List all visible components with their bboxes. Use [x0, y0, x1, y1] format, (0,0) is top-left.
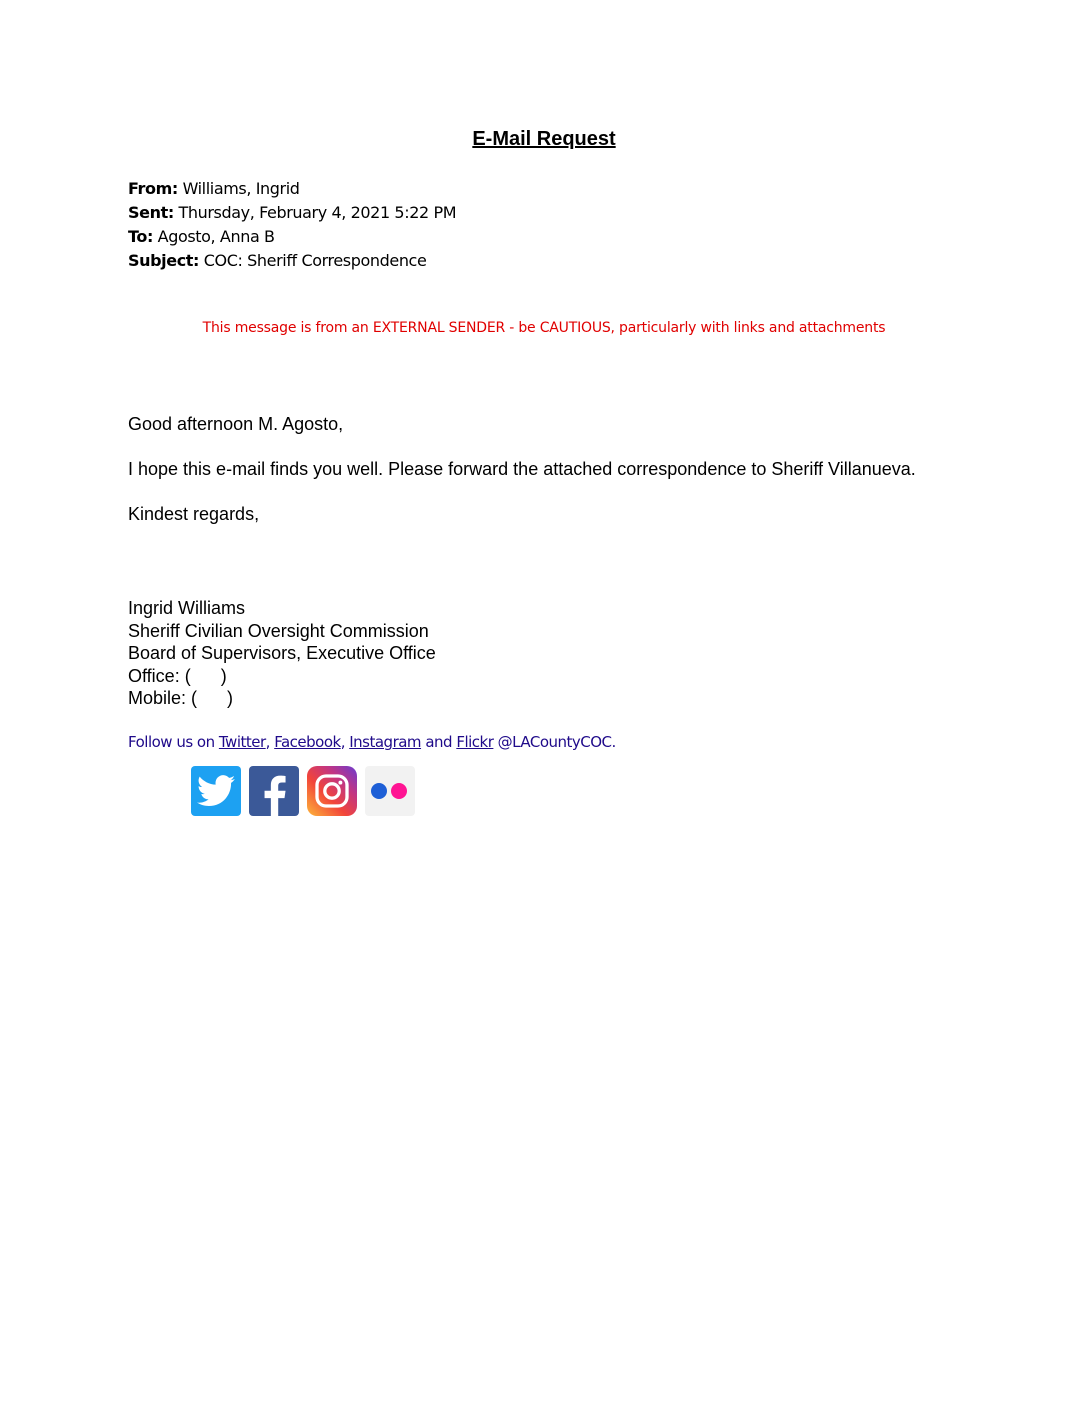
closing: Kindest regards,: [128, 503, 928, 526]
instagram-icon[interactable]: [307, 766, 357, 816]
signature-dept: Board of Supervisors, Executive Office: [128, 642, 436, 665]
instagram-link[interactable]: Instagram: [349, 733, 421, 751]
signature-name: Ingrid Williams: [128, 597, 436, 620]
subject-label: Subject:: [128, 251, 199, 270]
signature-block: Ingrid Williams Sheriff Civilian Oversig…: [128, 597, 436, 710]
body-paragraph: I hope this e-mail finds you well. Pleas…: [128, 458, 928, 481]
social-follow-line: Follow us on Twitter, Facebook, Instagra…: [128, 733, 616, 751]
subject-value: COC: Sheriff Correspondence: [204, 251, 427, 270]
document-title: E-Mail Request: [0, 128, 1088, 151]
sent-label: Sent:: [128, 203, 174, 222]
facebook-icon[interactable]: [249, 766, 299, 816]
email-body: Good afternoon M. Agosto, I hope this e-…: [128, 413, 928, 548]
flickr-icon[interactable]: [365, 766, 415, 816]
signature-mobile: Mobile: ( ): [128, 687, 436, 710]
greeting: Good afternoon M. Agosto,: [128, 413, 928, 436]
signature-org: Sheriff Civilian Oversight Commission: [128, 620, 436, 643]
from-label: From:: [128, 179, 178, 198]
email-document: E-Mail Request From: Williams, Ingrid Se…: [0, 0, 1088, 1408]
sent-value: Thursday, February 4, 2021 5:22 PM: [179, 203, 457, 222]
twitter-link[interactable]: Twitter: [219, 733, 266, 751]
facebook-link[interactable]: Facebook: [274, 733, 340, 751]
separator: ,: [341, 733, 350, 751]
separator: ,: [266, 733, 275, 751]
to-line: To: Agosto, Anna B: [128, 225, 456, 249]
email-headers: From: Williams, Ingrid Sent: Thursday, F…: [128, 177, 456, 273]
sent-line: Sent: Thursday, February 4, 2021 5:22 PM: [128, 201, 456, 225]
flickr-link[interactable]: Flickr: [456, 733, 493, 751]
external-sender-warning: This message is from an EXTERNAL SENDER …: [0, 320, 1088, 336]
from-line: From: Williams, Ingrid: [128, 177, 456, 201]
social-icons: [191, 766, 415, 816]
separator: and: [421, 733, 456, 751]
to-value: Agosto, Anna B: [158, 227, 275, 246]
follow-prefix: Follow us on: [128, 733, 219, 751]
to-label: To:: [128, 227, 153, 246]
social-handle: @LACountyCOC.: [493, 733, 615, 751]
subject-line: Subject: COC: Sheriff Correspondence: [128, 249, 456, 273]
signature-office: Office: ( ): [128, 665, 436, 688]
from-value: Williams, Ingrid: [183, 179, 300, 198]
twitter-icon[interactable]: [191, 766, 241, 816]
